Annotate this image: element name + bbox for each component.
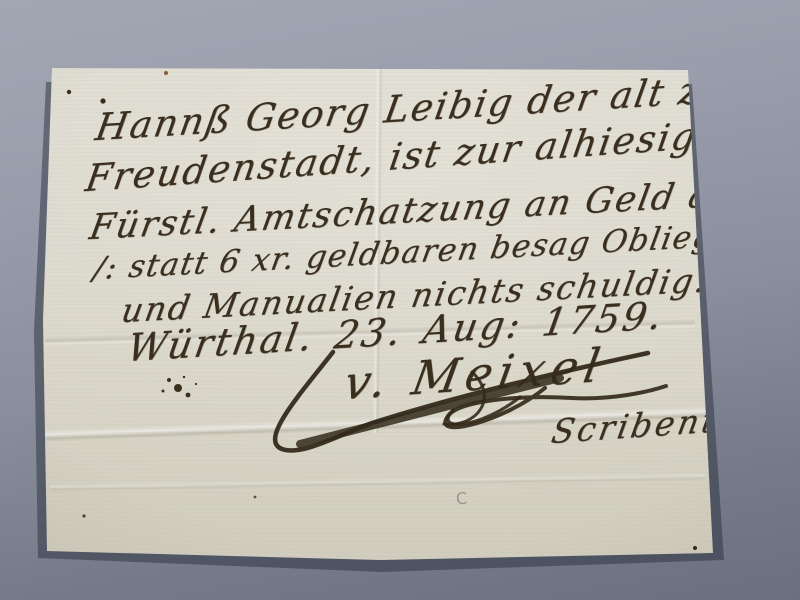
ink-spatter <box>162 376 198 398</box>
signature-role: Scribent <box>549 400 722 451</box>
pencil-mark: C <box>455 489 467 509</box>
handwriting-layer: Hannß Georg Leibig der alt zu Freudensta… <box>0 0 800 600</box>
photo-scene: Hannß Georg Leibig der alt zu Freudensta… <box>0 0 800 600</box>
